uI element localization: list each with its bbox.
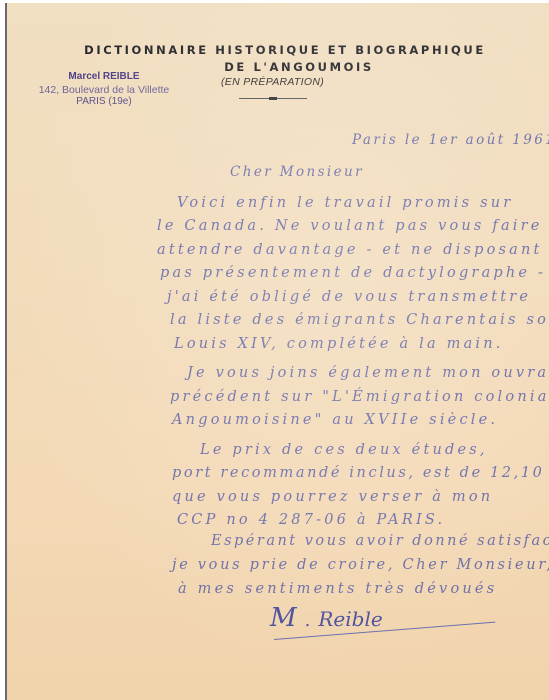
letter-line: attendre davantage - et ne disposant <box>157 242 543 258</box>
letter-line: à mes sentiments très dévoués <box>178 581 497 597</box>
stamp-name: Marcel REIBLE <box>29 71 179 84</box>
letter-line: Le prix de ces deux études, <box>200 442 488 458</box>
letter-line: j'ai été obligé de vous transmettre <box>167 289 531 305</box>
signature: M.Reible <box>270 603 383 633</box>
letter-salutation: Cher Monsieur <box>230 164 364 180</box>
letter-line: Voici enfin le travail promis sur <box>177 195 513 211</box>
stamp-city: PARIS (19e) <box>29 96 179 109</box>
signature-initial: M <box>270 603 297 633</box>
letterhead-subtitle: (EN PRÉPARATION) <box>221 76 324 88</box>
letter-line: je vous prie de croire, Cher Monsieur, <box>172 557 549 573</box>
letter-date: Paris le 1er août 1961 <box>352 132 549 148</box>
letter-line: Je vous joins également mon ouvrage <box>187 365 549 381</box>
letter-line: Angoumoisine" au XVIIe siècle. <box>172 412 498 428</box>
letter-line: le Canada. Ne voulant pas vous faire <box>157 218 543 234</box>
letter-line: Louis XIV, complétée à la main. <box>174 336 504 352</box>
letter-line: précédent sur "L'Émigration coloniale <box>170 389 549 405</box>
address-stamp: Marcel REIBLE 142, Boulevard de la Ville… <box>29 71 179 109</box>
letter-line: CCP no 4 287-06 à PARIS. <box>177 512 445 528</box>
letter-line: la liste des émigrants Charentais sous <box>170 312 549 328</box>
letter-line: port recommandé inclus, est de 12,10 NF, <box>172 465 549 481</box>
letter-line: pas présentement de dactylographe - <box>160 265 546 281</box>
letter-line: Espérant vous avoir donné satisfaction, <box>211 533 549 549</box>
letterhead-title-line1: DICTIONNAIRE HISTORIQUE ET BIOGRAPHIQUE <box>35 43 535 57</box>
letter-page: DICTIONNAIRE HISTORIQUE ET BIOGRAPHIQUE … <box>5 3 549 700</box>
letterhead-divider <box>239 98 307 99</box>
signature-name: Reible <box>318 607 382 631</box>
stamp-address: 142, Boulevard de la Villette <box>29 84 179 97</box>
letter-line: que vous pourrez verser à mon <box>172 489 493 505</box>
